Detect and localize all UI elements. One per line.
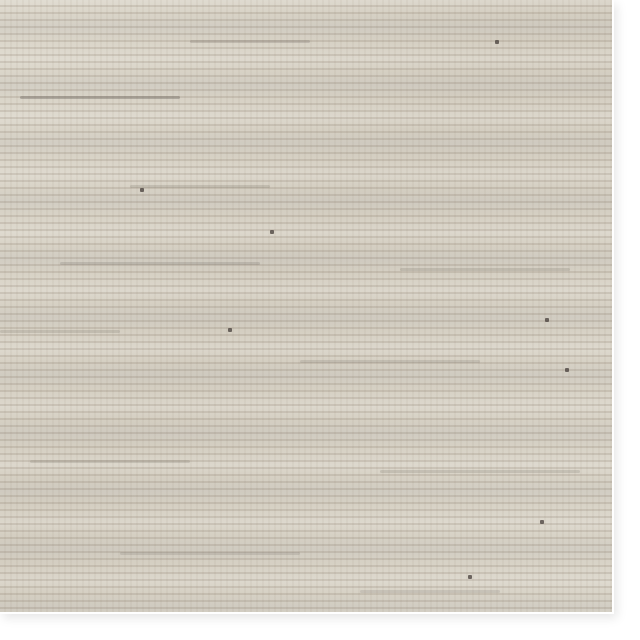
- dark-streak: [380, 470, 580, 473]
- dark-fleck: [228, 328, 232, 332]
- rug-corner: [0, 0, 612, 612]
- dark-streak: [20, 96, 180, 99]
- dark-streak: [300, 360, 480, 363]
- dark-fleck: [140, 188, 144, 192]
- dark-streak: [130, 185, 270, 188]
- dark-streak: [400, 268, 570, 271]
- dark-fleck: [495, 40, 499, 44]
- dark-streak: [30, 460, 190, 463]
- dark-fleck: [540, 520, 544, 524]
- dark-streak: [360, 590, 500, 593]
- dark-fleck: [565, 368, 569, 372]
- dark-streak: [60, 262, 260, 265]
- dark-fleck: [545, 318, 549, 322]
- product-photo: [0, 0, 640, 640]
- dark-streak: [120, 552, 300, 555]
- dark-fleck: [468, 575, 472, 579]
- dark-fleck: [270, 230, 274, 234]
- dark-streak: [190, 40, 310, 43]
- dark-streak: [0, 330, 120, 333]
